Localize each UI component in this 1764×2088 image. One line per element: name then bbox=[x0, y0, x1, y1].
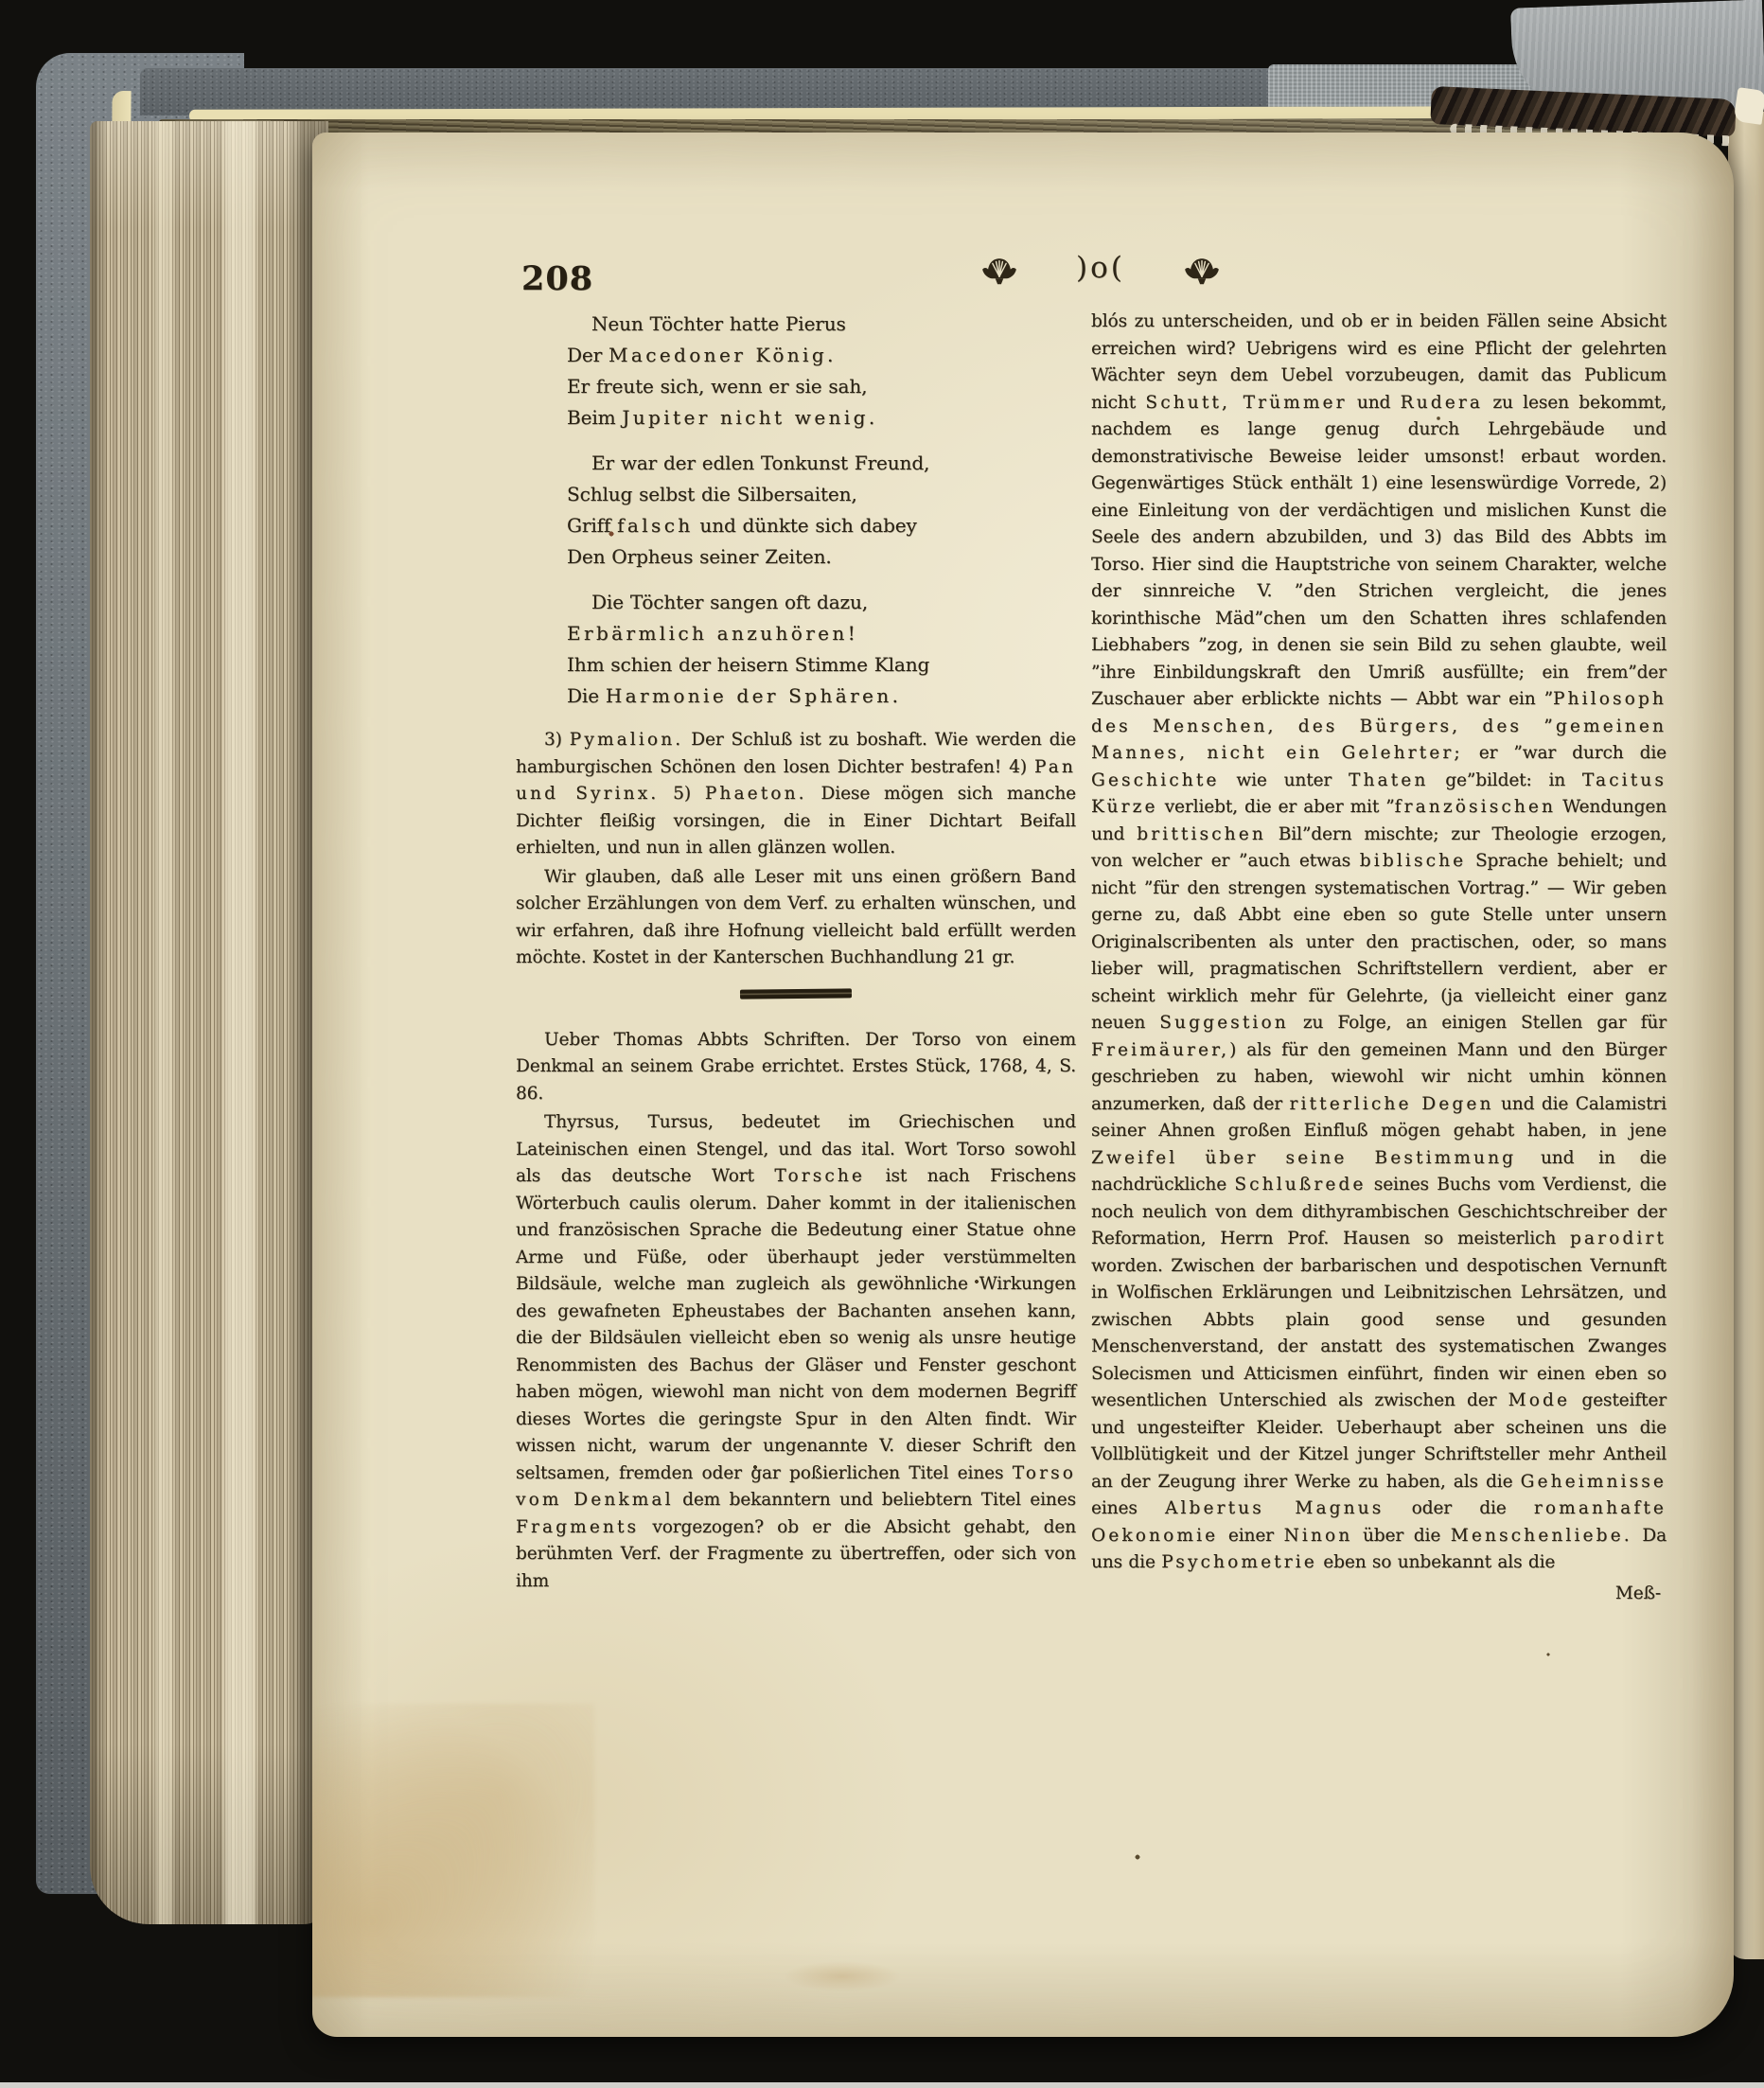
text-run: Neun Töchter hatte Pierus bbox=[591, 312, 846, 335]
text-run: Wir glauben, daß alle Leser mit uns eine… bbox=[516, 867, 1076, 968]
spaced-text-run: Suggestion bbox=[1159, 1013, 1289, 1033]
text-run: wie unter bbox=[1220, 770, 1349, 790]
paragraph: 3) Pymalion. Der Schluß ist zu boshaft. … bbox=[516, 727, 1076, 862]
text-run: ist nach Frischens Wörterbuch caulis ole… bbox=[516, 1166, 1076, 1483]
spaced-text-run: französischen bbox=[1395, 797, 1556, 817]
poem-line: Schlug selbst die Silbersaiten, bbox=[567, 479, 1076, 510]
spaced-text-run: biblische bbox=[1360, 851, 1466, 871]
poem-line: Die Töchter sangen oft dazu, bbox=[567, 587, 1076, 618]
catchword: Meß- bbox=[1091, 1581, 1667, 1608]
spaced-text-run: falsch bbox=[617, 514, 693, 537]
spaced-text-run: Geheimnisse bbox=[1521, 1472, 1667, 1492]
spaced-text-run: Menschenliebe. bbox=[1451, 1526, 1632, 1546]
text-run: Er war der edlen Tonkunst Freund, bbox=[591, 451, 929, 474]
scanned-book-page: 208 )o( Neu bbox=[0, 0, 1764, 2088]
spaced-text-run: Fragments bbox=[516, 1517, 639, 1537]
spaced-text-run: Macedoner König. bbox=[609, 344, 837, 366]
poem-stanza: Die Töchter sangen oft dazu,Erbärmlich a… bbox=[567, 587, 1076, 712]
spaced-text-run: Psychometrie bbox=[1161, 1552, 1317, 1572]
spaced-text-run: brittischen bbox=[1137, 824, 1266, 844]
paragraph: Wir glauben, daß alle Leser mit uns eine… bbox=[516, 864, 1076, 972]
spaced-text-run: Schlußrede bbox=[1234, 1175, 1366, 1194]
paper-stain bbox=[312, 1704, 594, 1997]
poem-line: Beim Jupiter nicht wenig. bbox=[567, 402, 1076, 434]
spaced-text-run: ritterliche Degen bbox=[1290, 1094, 1494, 1114]
page-block-fore-edge bbox=[90, 121, 328, 1924]
text-run: zu Folge, an einigen Stellen gar für bbox=[1289, 1013, 1667, 1033]
text-run: verliebt, die er aber mit ” bbox=[1158, 797, 1395, 817]
text-run: eben so unbekannt als die bbox=[1317, 1552, 1555, 1572]
spaced-text-run: Jupiter nicht wenig. bbox=[622, 406, 877, 429]
text-run: dem bekanntern und beliebtern Titel eine… bbox=[674, 1490, 1076, 1510]
text-run: Der bbox=[567, 344, 609, 366]
header-ornaments: )o( bbox=[981, 254, 1220, 288]
left-text-column: Neun Töchter hatte PierusDer Macedoner K… bbox=[516, 309, 1076, 1607]
text-run: Griff bbox=[567, 514, 617, 537]
text-run: Den Orpheus seiner Zeiten. bbox=[567, 545, 832, 568]
poem-line: Er war der edlen Tonkunst Freund, bbox=[567, 448, 1076, 479]
scan-edge-strip bbox=[0, 2082, 1764, 2088]
text-run: Die bbox=[567, 684, 606, 707]
spaced-text-run: Geschichte bbox=[1091, 770, 1220, 790]
poem-line: Die Harmonie der Sphären. bbox=[567, 681, 1076, 712]
header-signature-mark: )o( bbox=[1076, 251, 1125, 285]
shell-palmette-icon bbox=[981, 256, 1017, 287]
spaced-text-run: Torsche bbox=[774, 1166, 865, 1186]
book-page: 208 )o( Neu bbox=[312, 133, 1734, 2037]
spaced-text-run: Schutt, Trümmer bbox=[1145, 393, 1347, 413]
page-header: 208 )o( bbox=[516, 254, 1667, 310]
spaced-text-run: Thaten bbox=[1349, 770, 1428, 790]
text-run: Die Töchter sangen oft dazu, bbox=[591, 591, 868, 613]
text-run: er ”war durch die bbox=[1463, 743, 1667, 763]
paragraph: Ueber Thomas Abbts Schriften. Der Torso … bbox=[516, 1027, 1076, 1108]
spaced-text-run: Zweifel über seine Bestimmung bbox=[1091, 1148, 1516, 1168]
text-run: über die bbox=[1352, 1526, 1450, 1546]
shell-palmette-icon bbox=[1184, 256, 1220, 287]
poem-stanza: Er war der edlen Tonkunst Freund,Schlug … bbox=[567, 448, 1076, 573]
spaced-text-run: Harmonie der Sphären. bbox=[606, 684, 902, 707]
text-run: Sprache behielt; und nicht ”für den stre… bbox=[1091, 851, 1667, 1033]
text-run: Ihm schien der heisern Stimme Klang bbox=[567, 653, 929, 676]
poem-line: Erbärmlich anzuhören! bbox=[567, 618, 1076, 649]
text-columns: Neun Töchter hatte PierusDer Macedoner K… bbox=[516, 309, 1667, 1607]
text-run: 5) bbox=[659, 784, 704, 804]
text-run: Beim bbox=[567, 406, 622, 429]
text-run: eines bbox=[1091, 1498, 1165, 1518]
poem-line: Neun Töchter hatte Pierus bbox=[567, 309, 1076, 340]
paragraph: Thyrsus, Tursus, bedeutet im Griechische… bbox=[516, 1109, 1076, 1595]
text-run: oder die bbox=[1384, 1498, 1534, 1518]
poem-stanza: Neun Töchter hatte PierusDer Macedoner K… bbox=[567, 309, 1076, 434]
poem-line: Er freute sich, wenn er sie sah, bbox=[567, 371, 1076, 402]
text-run: und dünkte sich dabey bbox=[694, 514, 917, 537]
poem-line: Der Macedoner König. bbox=[567, 340, 1076, 371]
poem-line: Ihm schien der heisern Stimme Klang bbox=[567, 649, 1076, 681]
spaced-text-run: parodirt bbox=[1570, 1229, 1667, 1248]
spaced-text-run: Albertus Magnus bbox=[1165, 1498, 1384, 1518]
text-run: Er freute sich, wenn er sie sah, bbox=[567, 375, 867, 398]
spaced-text-run: Erbärmlich anzuhören! bbox=[567, 622, 858, 645]
spaced-text-run: Freimäurer, bbox=[1091, 1040, 1229, 1060]
right-text-column: blós zu unterscheiden, und ob er in beid… bbox=[1091, 309, 1667, 1607]
poem-line: Griff falsch und dünkte sich dabey bbox=[567, 510, 1076, 541]
paragraph: blós zu unterscheiden, und ob er in beid… bbox=[1091, 309, 1667, 1577]
text-run: Ueber Thomas Abbts Schriften. Der Torso … bbox=[516, 1030, 1076, 1104]
spaced-text-run: Rudera bbox=[1401, 393, 1483, 413]
page-tip-top-right bbox=[1734, 87, 1764, 125]
page-number: 208 bbox=[521, 259, 593, 298]
text-run: zu lesen bekommt, nachdem es lange genug… bbox=[1091, 393, 1667, 710]
text-run: worden. Zwischen der barbarischen und de… bbox=[1091, 1256, 1667, 1411]
poem: Neun Töchter hatte PierusDer Macedoner K… bbox=[516, 309, 1076, 712]
text-run: Schlug selbst die Silbersaiten, bbox=[567, 483, 857, 505]
spaced-text-run: Mode bbox=[1508, 1390, 1570, 1410]
spaced-text-run: Ninon bbox=[1284, 1526, 1353, 1546]
text-run: einer bbox=[1218, 1526, 1283, 1546]
section-divider bbox=[740, 988, 852, 999]
spaced-text-run: Phaeton. bbox=[705, 784, 807, 804]
text-run: 3) bbox=[544, 730, 570, 750]
text-run: ge”bildet: in bbox=[1428, 770, 1582, 790]
text-run: und bbox=[1348, 393, 1401, 413]
poem-line: Den Orpheus seiner Zeiten. bbox=[567, 541, 1076, 573]
spaced-text-run: Pymalion. bbox=[570, 730, 684, 750]
